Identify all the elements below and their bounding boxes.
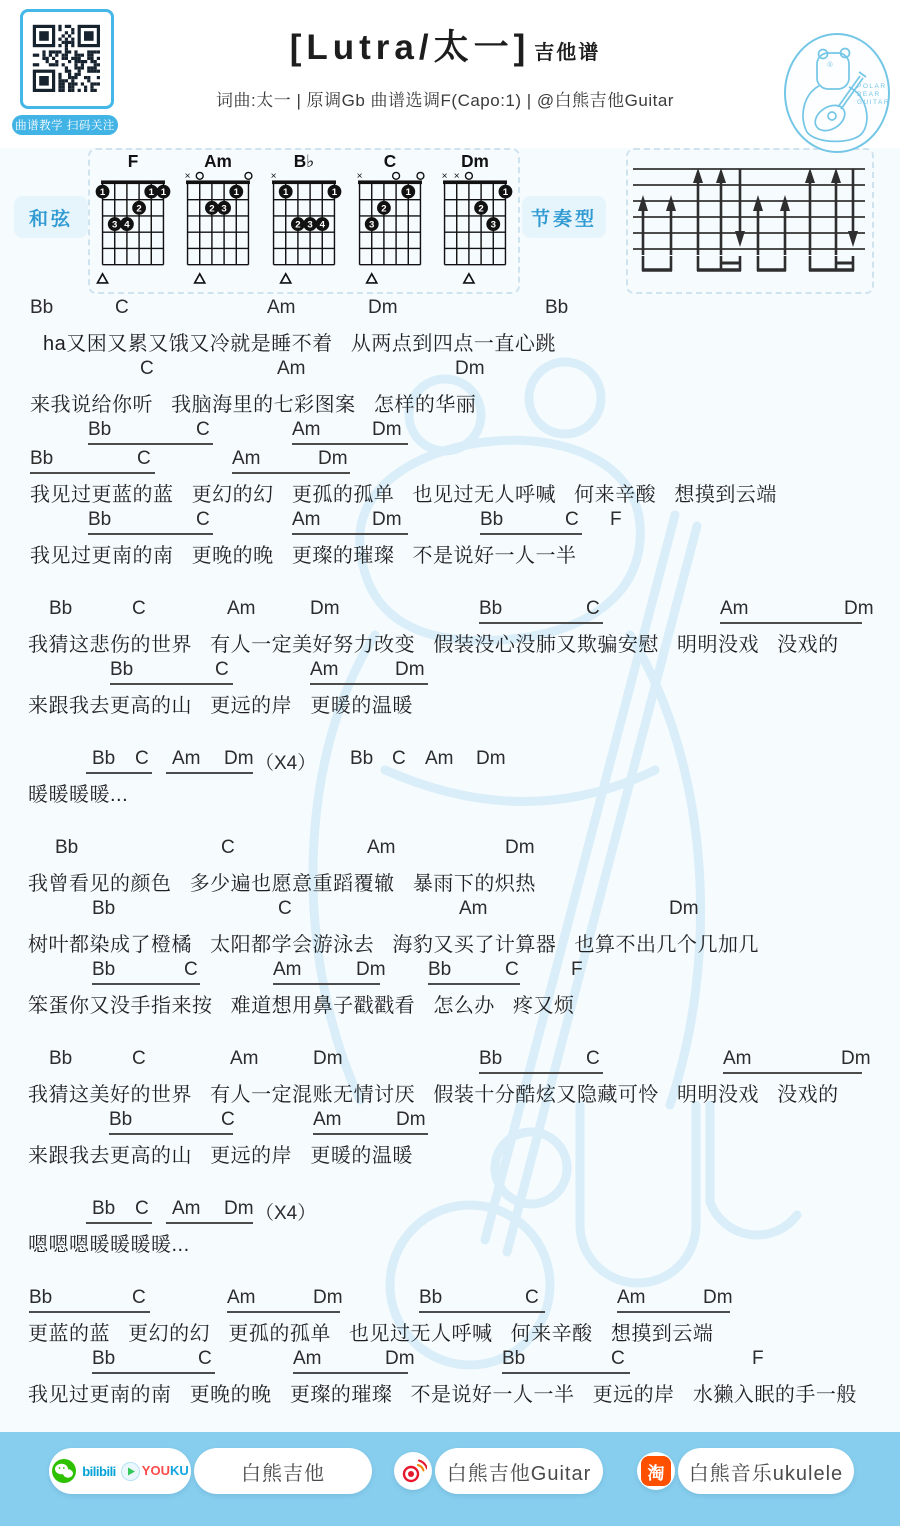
chord-underline — [419, 1311, 545, 1313]
logo-text-guitar: GUITAR — [857, 99, 890, 106]
lyric-row: 树叶都染成了橙橘 太阳都学会游泳去 海豹又买了计算器 也算不出几个几加几 — [0, 926, 900, 958]
lyric-row: 更蓝的蓝 更幻的幻 更孤的孤单 也见过无人呼喊 何来辛酸 想摸到云端 — [0, 1315, 900, 1347]
chord-underline — [273, 983, 380, 985]
chord-diagram-C: C×123 — [350, 152, 430, 286]
lyric-text: 树叶都染成了橙橘 太阳都学会游泳去 海豹又买了计算器 也算不出几个几加几 — [28, 928, 759, 957]
strum-down — [848, 169, 858, 247]
chord-underline — [86, 772, 152, 774]
lyric-text: 我见过更南的南 更晚的晚 更璨的璀璨 不是说好一人一半 — [30, 539, 577, 568]
chord-underline — [723, 1072, 862, 1074]
chord-label: C — [586, 598, 600, 620]
svg-text:×: × — [185, 171, 191, 182]
strum-up-half — [780, 195, 790, 255]
chord-label: Dm — [385, 1348, 415, 1370]
chord-label: C — [392, 748, 406, 770]
chord-diagrams: F111234Am×123B♭×11234C×123Dm××123 — [90, 152, 518, 286]
chord-label: C — [221, 1109, 235, 1131]
chord-label: Bb — [92, 898, 115, 920]
chord-label: C — [215, 659, 229, 681]
chord-underline — [29, 1311, 150, 1313]
chord-underline — [313, 1133, 428, 1135]
chord-row: CAmDm — [0, 357, 900, 386]
qr-caption: 曲谱教学 扫码关注 — [12, 115, 118, 135]
chord-underline — [428, 983, 520, 985]
lyric-row: 我见过更蓝的蓝 更幻的幻 更孤的孤单 也见过无人呼喊 何来辛酸 想摸到云端 — [0, 476, 900, 508]
footer-group-taobao: 淘 白熊音乐ukulele — [637, 1448, 854, 1494]
svg-text:1: 1 — [100, 187, 106, 198]
chord-label: C — [586, 1048, 600, 1070]
chord-label: Dm — [372, 509, 402, 531]
chord-label: Am — [292, 509, 321, 531]
lyric-text: 来我说给你听 我脑海里的七彩图案 怎样的华丽 — [30, 388, 476, 417]
chord-label: Am — [720, 598, 749, 620]
svg-text:3: 3 — [369, 220, 374, 231]
chord-label: Am — [313, 1109, 342, 1131]
chord-diagram-B♭: B♭×11234 — [264, 152, 344, 286]
svg-text:2: 2 — [295, 220, 300, 231]
chord-label: Am — [232, 448, 261, 470]
chord-label: Bb — [88, 509, 111, 531]
footer: bilibili YOUKU 白熊吉他 — [0, 1432, 900, 1526]
chord-label: Am — [273, 959, 302, 981]
lyric-text: ha又困又累又饿又冷就是睡不着 从两点到四点一直心跳 — [43, 327, 556, 356]
chord-row: BbCAmDmBbCAmDm — [0, 1047, 900, 1076]
taobao-icon[interactable]: 淘 — [637, 1452, 675, 1490]
strum-up-half — [753, 195, 763, 255]
chord-label: Dm — [476, 748, 506, 770]
chord-label: Am — [367, 837, 396, 859]
weibo-icon[interactable] — [394, 1452, 432, 1490]
chord-row: BbCAmDmBbCAmDm — [0, 1286, 900, 1315]
chord-underline — [480, 533, 582, 535]
page: 曲谱教学 扫码关注 [Lutra/太一]吉他谱 词曲:太一 | 原调Gb 曲谱选… — [0, 0, 900, 1526]
chord-label: Dm — [372, 419, 402, 441]
svg-text:Dm: Dm — [461, 152, 489, 171]
song-section: BbCAmDmBbCAmDm我猜这美好的世界 有人一定混账无情讨厌 假装十分酷炫… — [0, 1047, 900, 1169]
chord-label: Bb — [92, 1198, 115, 1220]
chord-label: Dm — [318, 448, 348, 470]
svg-text:2: 2 — [479, 203, 484, 214]
chord-underline — [92, 1372, 215, 1374]
chord-label: C — [140, 358, 154, 380]
svg-text:×: × — [271, 171, 277, 182]
chord-label: C — [132, 598, 146, 620]
chord-row: BbCAmDm — [0, 836, 900, 865]
strum-up-full — [716, 168, 726, 255]
chord-row: BbCAmDm — [0, 447, 900, 476]
logo-text-polar: POLAR — [857, 83, 887, 90]
chord-underline — [617, 1311, 730, 1313]
chord-label: C — [135, 748, 149, 770]
chord-row: BbCAmDmBbCF — [0, 1347, 900, 1376]
strum-up-half — [666, 195, 676, 255]
chord-label: Bb — [428, 959, 451, 981]
lyric-row: ha又困又累又饿又冷就是睡不着 从两点到四点一直心跳 — [0, 325, 900, 357]
chord-label: C — [135, 1198, 149, 1220]
chord-label: Dm — [841, 1048, 871, 1070]
youku-icon[interactable]: YOUKU — [121, 1462, 189, 1481]
svg-text:C: C — [383, 152, 395, 171]
footer-link-taobao-shop[interactable]: 白熊音乐ukulele — [678, 1448, 854, 1494]
wechat-icon[interactable] — [51, 1458, 77, 1484]
chord-label: Am — [277, 358, 306, 380]
chord-label: Bb — [545, 297, 568, 319]
chord-underline — [479, 622, 603, 624]
svg-text:3: 3 — [112, 220, 117, 231]
chord-label: Am — [267, 297, 296, 319]
chord-underline — [310, 683, 428, 685]
chord-underline — [502, 1372, 630, 1374]
lyric-row: 暖暖暖暖... — [0, 776, 900, 808]
strum-up-full — [805, 168, 815, 255]
lyric-row: 来跟我去更高的山 更远的岸 更暖的温暖 — [0, 1137, 900, 1169]
chord-label: Bb — [49, 1048, 72, 1070]
chord-label: Dm — [703, 1287, 733, 1309]
chord-row: BbCAmDm — [0, 658, 900, 687]
repeat-mark: （X4） — [255, 1198, 316, 1225]
lyric-text: 我曾看见的颜色 多少遍也愿意重蹈覆辙 暴雨下的炽热 — [28, 867, 536, 896]
chord-label: Dm — [455, 358, 485, 380]
chord-diagram-Am: Am×123 — [178, 152, 258, 286]
chord-label: C — [505, 959, 519, 981]
lyric-row: 我见过更南的南 更晚的晚 更璨的璀璨 不是说好一人一半 更远的岸 水獭入眠的手一… — [0, 1376, 900, 1408]
svg-text:2: 2 — [136, 203, 141, 214]
chord-label: Dm — [313, 1287, 343, 1309]
chord-row: BbCAmDm — [0, 418, 900, 447]
chord-label: Am — [292, 419, 321, 441]
lyric-row: 来我说给你听 我脑海里的七彩图案 怎样的华丽 — [0, 386, 900, 418]
chord-label: Dm — [224, 1198, 254, 1220]
chord-label: Bb — [29, 1287, 52, 1309]
lyric-row: 我见过更南的南 更晚的晚 更璨的璀璨 不是说好一人一半 — [0, 537, 900, 569]
chord-label: Bb — [30, 297, 53, 319]
svg-text:1: 1 — [503, 187, 509, 198]
lyric-text: 来跟我去更高的山 更远的岸 更暖的温暖 — [28, 1139, 413, 1168]
chord-label: C — [184, 959, 198, 981]
chord-label: Dm — [395, 659, 425, 681]
chord-label: C — [132, 1287, 146, 1309]
footer-link-baixiong-jita[interactable]: 白熊吉他 — [194, 1448, 372, 1494]
chord-label: Bb — [480, 509, 503, 531]
qr-code — [20, 9, 114, 109]
chord-label: F — [752, 1348, 764, 1370]
chord-label: C — [221, 837, 235, 859]
lyric-row: 我猜这美好的世界 有人一定混账无情讨厌 假装十分酷炫又隐藏可怜 明明没戏 没戏的 — [0, 1076, 900, 1108]
chord-label: Am — [227, 598, 256, 620]
song-section: BbCAmDmBbCAmDm我猜这悲伤的世界 有人一定美好努力改变 假装没心没肺… — [0, 597, 900, 719]
chord-label: C — [132, 1048, 146, 1070]
lyric-text: 更蓝的蓝 更幻的幻 更孤的孤单 也见过无人呼喊 何来辛酸 想摸到云端 — [28, 1317, 713, 1346]
strum-up-half — [638, 195, 648, 255]
svg-text:3: 3 — [491, 220, 496, 231]
chord-label: Bb — [92, 959, 115, 981]
lyric-row: 我猜这悲伤的世界 有人一定美好努力改变 假装没心没肺又欺骗安慰 明明没戏 没戏的 — [0, 626, 900, 658]
chord-label: Am — [617, 1287, 646, 1309]
chord-row: BbCAmDmBbCAmDm — [0, 597, 900, 626]
page-title: [Lutra/太一] — [290, 28, 531, 67]
chord-underline — [166, 1222, 253, 1224]
chord-label: Am — [172, 1198, 201, 1220]
sheet: BbCAmDmBbha又困又累又饿又冷就是睡不着 从两点到四点一直心跳CAmDm… — [0, 296, 900, 1408]
chord-label: Dm — [313, 1048, 343, 1070]
svg-text:1: 1 — [234, 187, 240, 198]
header: 曲谱教学 扫码关注 [Lutra/太一]吉他谱 词曲:太一 | 原调Gb 曲谱选… — [0, 0, 900, 148]
lyric-text: 暖暖暖暖... — [28, 778, 128, 807]
svg-text:×: × — [454, 171, 460, 182]
chord-label: Am — [459, 898, 488, 920]
chord-row: BbCAmDm（X4） — [0, 1197, 900, 1226]
chord-label: Bb — [110, 659, 133, 681]
chord-label: Dm — [669, 898, 699, 920]
strum-up-full — [831, 168, 841, 255]
repeat-mark: （X4） — [255, 748, 316, 775]
chord-label: C — [196, 509, 210, 531]
rhythm-pattern-box — [626, 148, 874, 294]
chord-label: Bb — [479, 598, 502, 620]
chord-label: Bb — [30, 448, 53, 470]
chord-label: Bb — [55, 837, 78, 859]
chords-section-label: 和弦 — [14, 196, 88, 238]
lyric-row: 我曾看见的颜色 多少遍也愿意重蹈覆辙 暴雨下的炽热 — [0, 865, 900, 897]
bilibili-icon[interactable]: bilibili — [82, 1464, 116, 1479]
footer-group-video: bilibili YOUKU 白熊吉他 — [49, 1448, 372, 1494]
chord-underline — [293, 1372, 408, 1374]
chord-label: Dm — [356, 959, 386, 981]
chord-label: Bb — [502, 1348, 525, 1370]
svg-text:1: 1 — [405, 187, 411, 198]
strum-up-full — [693, 168, 703, 255]
svg-text:2: 2 — [210, 203, 215, 214]
chord-underline — [232, 472, 350, 474]
chord-label: Am — [230, 1048, 259, 1070]
chord-underline — [92, 983, 200, 985]
chord-row: BbCAmDmBbCF — [0, 958, 900, 987]
chord-label: Am — [310, 659, 339, 681]
chord-label: Bb — [109, 1109, 132, 1131]
svg-text:×: × — [442, 171, 448, 182]
lyric-row: 笨蛋你又没手指来按 难道想用鼻子戳戳看 怎么办 疼又烦 — [0, 987, 900, 1019]
chord-row: BbCAmDm — [0, 1108, 900, 1137]
lyric-text: 来跟我去更高的山 更远的岸 更暖的温暖 — [28, 689, 413, 718]
chord-underline — [292, 533, 408, 535]
chord-label: C — [611, 1348, 625, 1370]
chord-underline — [88, 533, 213, 535]
svg-text:Am: Am — [204, 152, 232, 171]
lyric-text: 我见过更蓝的蓝 更幻的幻 更孤的孤单 也见过无人呼喊 何来辛酸 想摸到云端 — [30, 478, 777, 507]
strumming-pattern — [631, 155, 869, 285]
chord-label: Am — [425, 748, 454, 770]
chord-label: Am — [293, 1348, 322, 1370]
lyric-text: 笨蛋你又没手指来按 难道想用鼻子戳戳看 怎么办 疼又烦 — [28, 989, 575, 1018]
song-section: BbCAmDm（X4）嗯嗯嗯暖暖暖暖... — [0, 1197, 900, 1258]
chord-label: Dm — [368, 297, 398, 319]
chord-label: Dm — [310, 598, 340, 620]
svg-text:1: 1 — [148, 187, 154, 198]
chord-label: C — [565, 509, 579, 531]
chord-underline — [166, 772, 253, 774]
chord-underline — [292, 443, 408, 445]
chord-label: Dm — [844, 598, 874, 620]
song-section: BbCAmDmBbha又困又累又饿又冷就是睡不着 从两点到四点一直心跳CAmDm… — [0, 296, 900, 569]
chord-label: C — [198, 1348, 212, 1370]
chord-label: Am — [227, 1287, 256, 1309]
chord-underline — [227, 1311, 340, 1313]
svg-text:4: 4 — [124, 220, 130, 231]
lyric-text: 我猜这美好的世界 有人一定混账无情讨厌 假装十分酷炫又隐藏可怜 明明没戏 没戏的 — [28, 1078, 839, 1107]
footer-link-weibo-handle[interactable]: 白熊吉他Guitar — [435, 1448, 603, 1494]
lyric-text: 我猜这悲伤的世界 有人一定美好努力改变 假装没心没肺又欺骗安慰 明明没戏 没戏的 — [28, 628, 839, 657]
lyric-text: 我见过更南的南 更晚的晚 更璨的璀璨 不是说好一人一半 更远的岸 水獭入眠的手一… — [28, 1378, 857, 1407]
logo-reg-mark: ® — [827, 61, 833, 69]
chord-diagram-Dm: Dm××123 — [435, 152, 515, 286]
chord-underline — [109, 1133, 233, 1135]
svg-text:3: 3 — [307, 220, 312, 231]
chord-underline — [30, 472, 155, 474]
chord-label: F — [571, 959, 583, 981]
page-title-suffix: 吉他谱 — [534, 42, 600, 64]
svg-text:B♭: B♭ — [294, 152, 315, 171]
svg-text:1: 1 — [161, 187, 167, 198]
chord-label: Bb — [92, 1348, 115, 1370]
chord-underline — [88, 443, 213, 445]
chord-label: Am — [172, 748, 201, 770]
chord-label: Dm — [224, 748, 254, 770]
video-platform-icons[interactable]: bilibili YOUKU — [49, 1448, 191, 1494]
polar-bear-logo: ® POLAR BEAR GUITAR — [781, 30, 893, 156]
qr-pattern — [30, 22, 104, 96]
chord-label: Bb — [419, 1287, 442, 1309]
chord-underline — [110, 683, 233, 685]
logo-text-bear: BEAR — [857, 91, 881, 98]
chord-label: Dm — [396, 1109, 426, 1131]
svg-text:1: 1 — [332, 187, 338, 198]
lyric-row: 嗯嗯嗯暖暖暖暖... — [0, 1226, 900, 1258]
footer-group-weibo: 白熊吉他Guitar — [394, 1448, 603, 1494]
chord-row: BbCAmDmBbCF — [0, 508, 900, 537]
song-section: BbCAmDm（X4）BbCAmDm暖暖暖暖... — [0, 747, 900, 808]
title-block: [Lutra/太一]吉他谱 词曲:太一 | 原调Gb 曲谱选调F(Capo:1)… — [140, 20, 750, 111]
svg-text:4: 4 — [320, 220, 326, 231]
chord-diagram-F: F111234 — [93, 152, 173, 286]
rhythm-section-label: 节奏型 — [522, 196, 606, 238]
chord-label: Bb — [479, 1048, 502, 1070]
lyric-row: 来跟我去更高的山 更远的岸 更暖的温暖 — [0, 687, 900, 719]
chord-underline — [720, 622, 862, 624]
chord-label: Bb — [350, 748, 373, 770]
song-section: BbCAmDm我曾看见的颜色 多少遍也愿意重蹈覆辙 暴雨下的炽热BbCAmDm树… — [0, 836, 900, 1019]
chord-label: Bb — [49, 598, 72, 620]
chord-label: C — [137, 448, 151, 470]
chord-label: Dm — [505, 837, 535, 859]
svg-text:×: × — [356, 171, 362, 182]
chord-row: BbCAmDmBb — [0, 296, 900, 325]
chord-label: C — [278, 898, 292, 920]
youku-play-icon — [121, 1462, 140, 1481]
lyric-text: 嗯嗯嗯暖暖暖暖... — [28, 1228, 190, 1257]
chord-row: BbCAmDm — [0, 897, 900, 926]
chord-underline — [86, 1222, 152, 1224]
chord-label: C — [525, 1287, 539, 1309]
chord-label: F — [610, 509, 622, 531]
song-section: BbCAmDmBbCAmDm更蓝的蓝 更幻的幻 更孤的孤单 也见过无人呼喊 何来… — [0, 1286, 900, 1408]
chord-label: Bb — [88, 419, 111, 441]
strum-down — [735, 169, 745, 247]
svg-text:2: 2 — [381, 203, 386, 214]
song-credits: 词曲:太一 | 原调Gb 曲谱选调F(Capo:1) | @白熊吉他Guitar — [140, 86, 750, 111]
chord-diagrams-box: F111234Am×123B♭×11234C×123Dm××123 — [88, 148, 520, 294]
svg-text:F: F — [128, 152, 139, 171]
chord-row: BbCAmDm（X4）BbCAmDm — [0, 747, 900, 776]
chord-underline — [479, 1072, 603, 1074]
svg-text:3: 3 — [222, 203, 227, 214]
chord-label: Bb — [92, 748, 115, 770]
chord-label: C — [115, 297, 129, 319]
chord-label: Am — [723, 1048, 752, 1070]
svg-text:1: 1 — [283, 187, 289, 198]
chord-label: C — [196, 419, 210, 441]
